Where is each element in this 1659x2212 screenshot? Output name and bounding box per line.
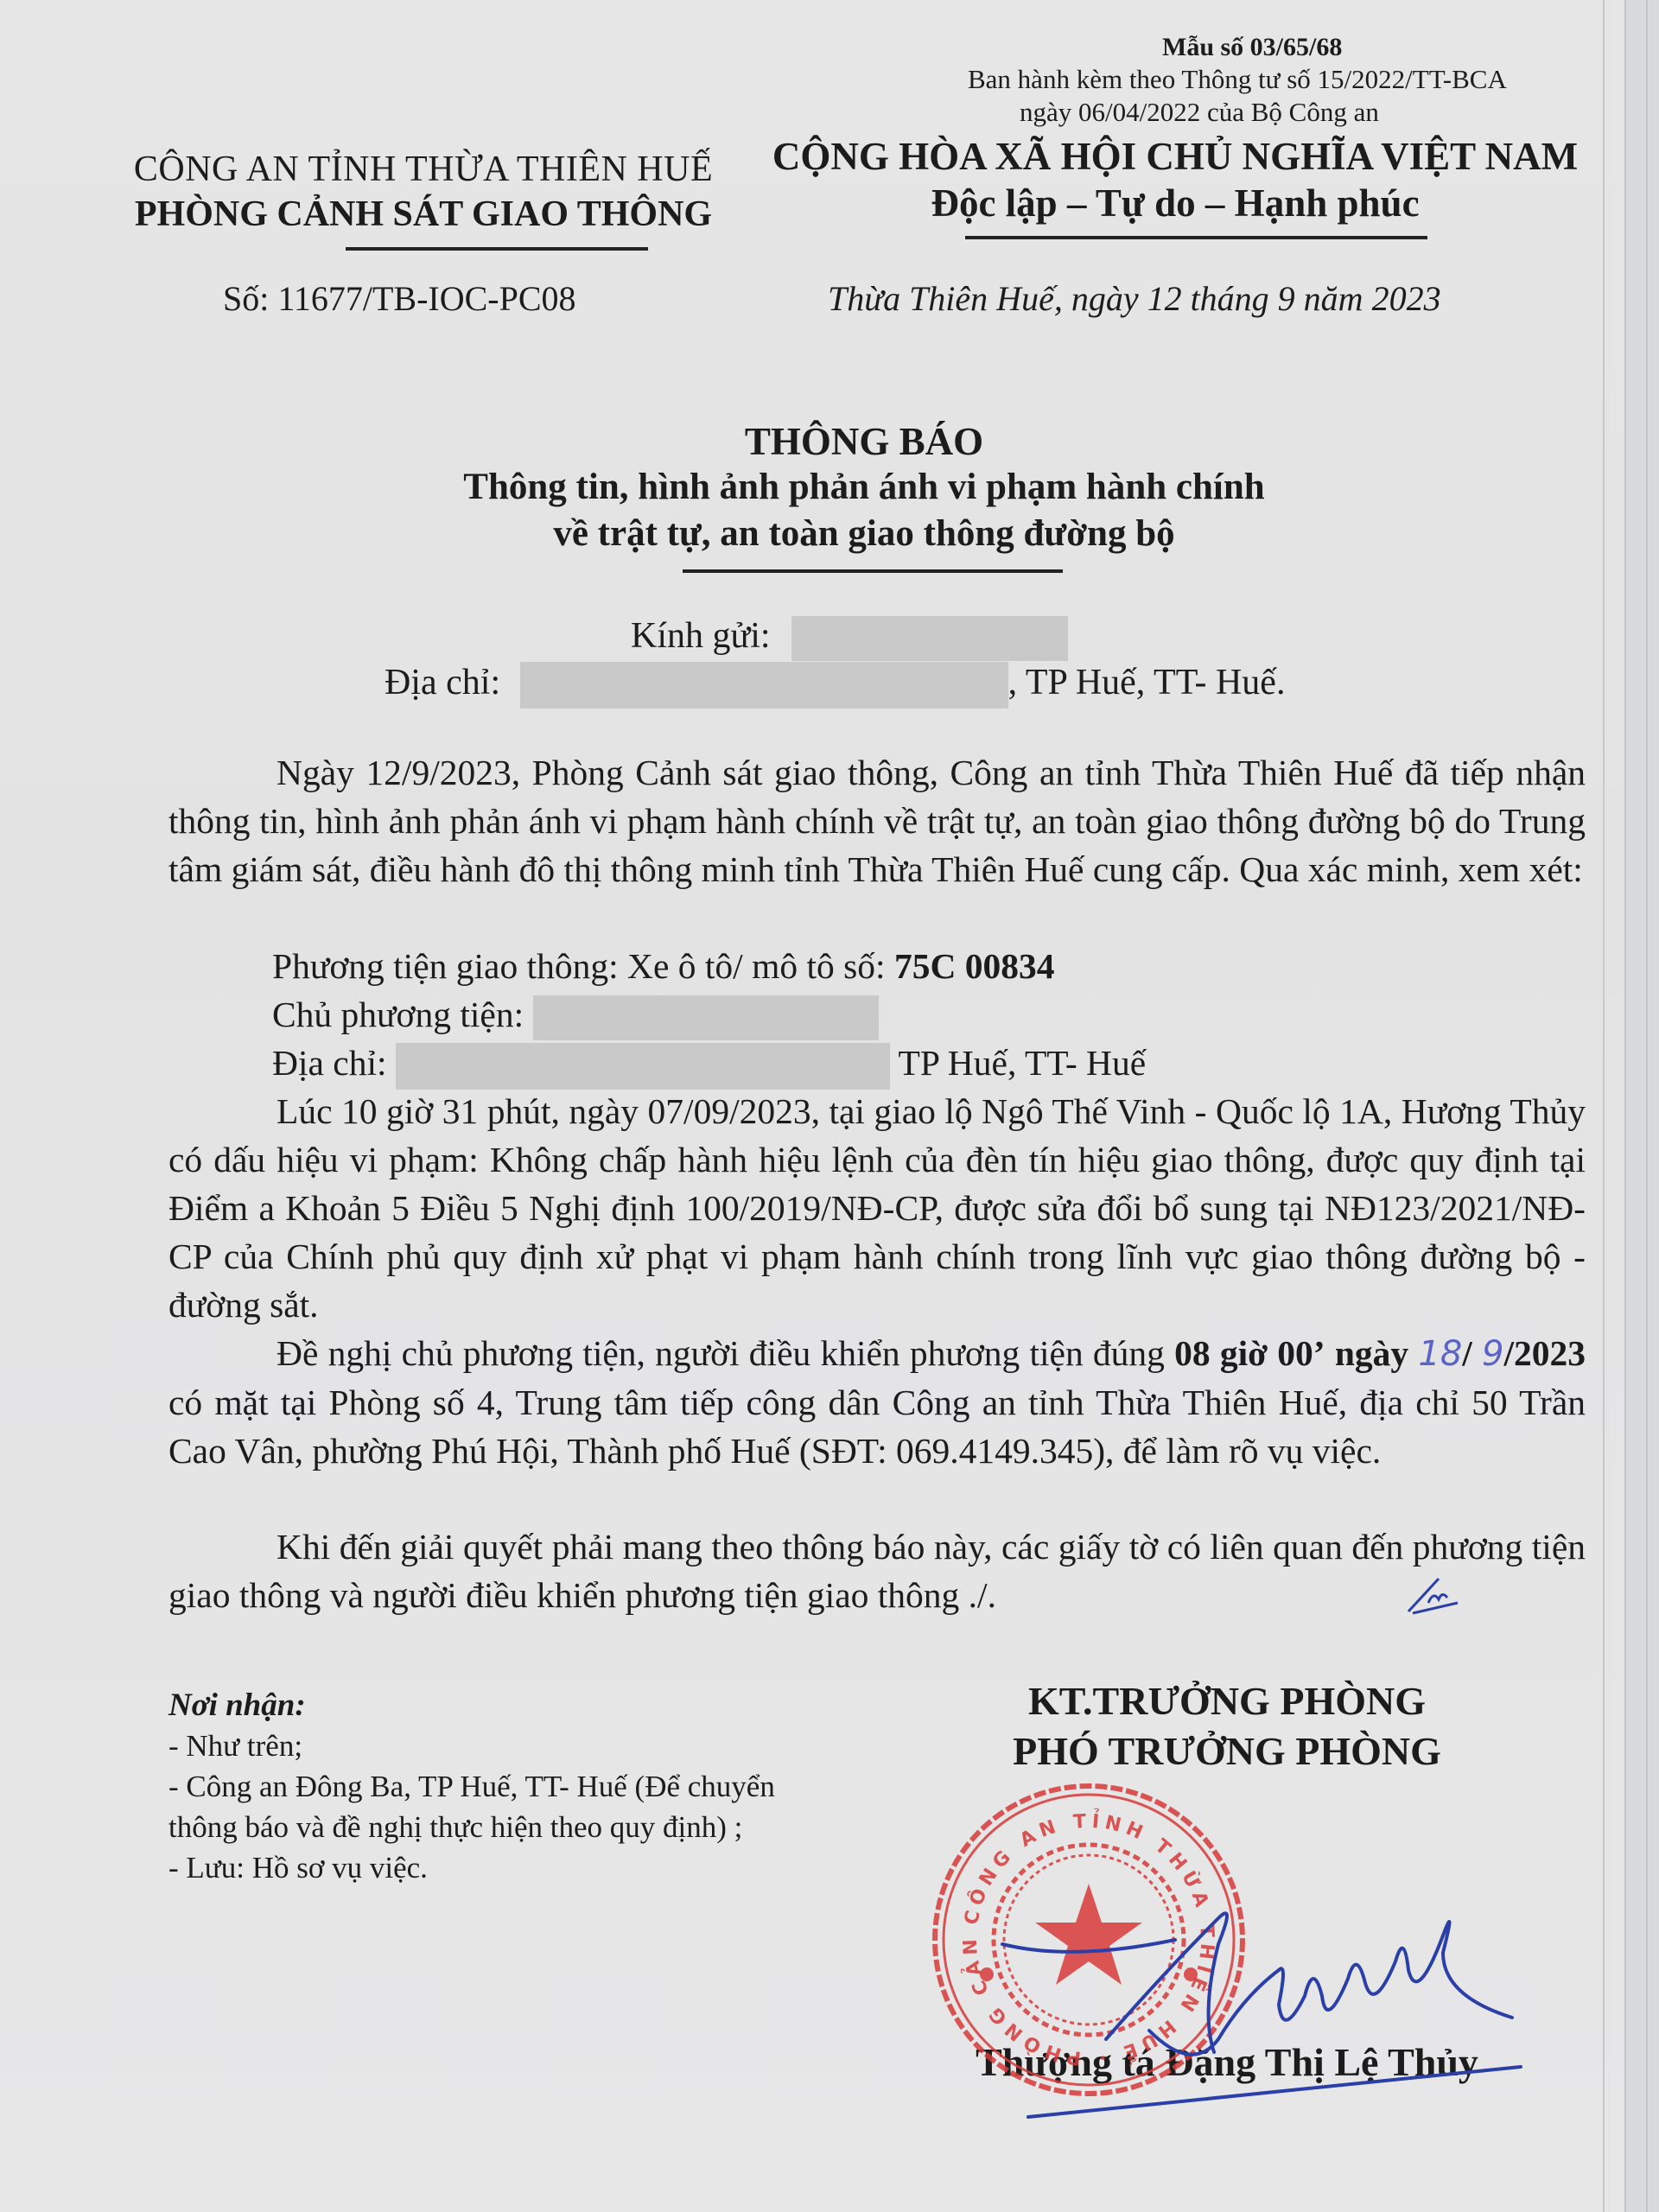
handwritten-month: 9	[1482, 1334, 1503, 1374]
page-edge	[1603, 0, 1605, 2212]
form-issued-date: ngày 06/04/2022 của Bộ Công an	[1020, 97, 1379, 128]
document-subtitle-2: về trật tự, an toàn giao thông đường bộ	[363, 511, 1365, 557]
appointment-year: /2023	[1503, 1333, 1586, 1373]
signature-block: KT.TRƯỞNG PHÒNG PHÓ TRƯỞNG PHÒNG Thượng …	[916, 1676, 1538, 1777]
address-suffix: , TP Huế, TT- Huế.	[1008, 663, 1286, 702]
recipient-address-line: Địa chỉ: , TP Huế, TT- Huế.	[385, 662, 1285, 709]
page-edge	[1624, 0, 1626, 2212]
form-issued-with: Ban hành kèm theo Thông tư số 15/2022/TT…	[968, 64, 1507, 95]
recipient-line: Kính gửi:	[631, 615, 1068, 661]
owner-address-suffix: TP Huế, TT- Huế	[899, 1043, 1147, 1083]
vehicle-label: Phương tiện giao thông: Xe ô tô/ mô tô s…	[272, 946, 894, 986]
recipients-list: Nơi nhận: - Như trên; - Công an Đông Ba,…	[168, 1685, 860, 1888]
divider	[965, 236, 1427, 239]
appointment-time: 08 giờ 00’	[1174, 1333, 1325, 1373]
recipient-item: - Như trên;	[168, 1726, 825, 1766]
divider	[346, 247, 648, 251]
org-name: PHÒNG CẢNH SÁT GIAO THÔNG	[112, 194, 734, 235]
redacted-owner-name	[533, 995, 879, 1040]
vehicle-line: Phương tiện giao thông: Xe ô tô/ mô tô s…	[168, 942, 1659, 990]
recipient-item: - Công an Đông Ba, TP Huế, TT- Huế (Để c…	[168, 1766, 825, 1847]
address-label: Địa chỉ:	[385, 663, 500, 702]
initials-mark	[1404, 1568, 1465, 1620]
document-number: Số: 11677/TB-IOC-PC08	[223, 278, 576, 319]
motto: Độc lập – Tự do – Hạnh phúc	[760, 181, 1590, 226]
redacted-recipient-name	[791, 616, 1068, 661]
intro-paragraph: Ngày 12/9/2023, Phòng Cảnh sát giao thôn…	[168, 748, 1586, 893]
parent-org: CÔNG AN TỈNH THỪA THIÊN HUẾ	[112, 149, 734, 190]
recipient-item: - Lưu: Hồ sơ vụ việc.	[168, 1847, 825, 1888]
divider	[683, 569, 1063, 573]
document-title: THÔNG BÁO	[363, 419, 1365, 464]
owner-address-label: Địa chỉ:	[272, 1043, 387, 1083]
place-date: Thừa Thiên Huế, ngày 12 tháng 9 năm 2023	[828, 278, 1441, 319]
title-block: THÔNG BÁO Thông tin, hình ảnh phản ánh v…	[363, 419, 1365, 557]
handwritten-signature	[994, 1866, 1529, 2108]
recipient-label: Kính gửi:	[631, 616, 771, 656]
issuer-block: CÔNG AN TỈNH THỪA THIÊN HUẾ PHÒNG CẢNH S…	[112, 149, 734, 235]
handwritten-day: 18	[1418, 1334, 1462, 1374]
country-name: CỘNG HÒA XÃ HỘI CHỦ NGHĨA VIỆT NAM	[760, 134, 1590, 179]
redacted-address	[520, 662, 1008, 709]
document-subtitle-1: Thông tin, hình ảnh phản ánh vi phạm hàn…	[363, 464, 1365, 511]
license-plate: 75C 00834	[894, 946, 1055, 986]
signature-title-2: PHÓ TRƯỞNG PHÒNG	[916, 1726, 1538, 1777]
form-number: Mẫu số 03/65/68	[1162, 33, 1342, 62]
signature-title-1: KT.TRƯỞNG PHÒNG	[916, 1676, 1538, 1726]
recipients-title: Nơi nhận:	[168, 1685, 860, 1726]
violation-paragraph: Lúc 10 giờ 31 phút, ngày 07/09/2023, tại…	[168, 1087, 1586, 1329]
national-header: CỘNG HÒA XÃ HỘI CHỦ NGHĨA VIỆT NAM Độc l…	[760, 134, 1590, 226]
redacted-owner-address	[396, 1043, 890, 1090]
owner-label: Chủ phương tiện:	[272, 995, 524, 1034]
request-paragraph: Đề nghị chủ phương tiện, người điều khiể…	[168, 1329, 1586, 1475]
owner-line: Chủ phương tiện:	[168, 990, 1659, 1040]
page-edge	[1646, 0, 1648, 2212]
closing-paragraph: Khi đến giải quyết phải mang theo thông …	[168, 1522, 1586, 1619]
owner-address-line: Địa chỉ: TP Huế, TT- Huế	[168, 1039, 1659, 1090]
